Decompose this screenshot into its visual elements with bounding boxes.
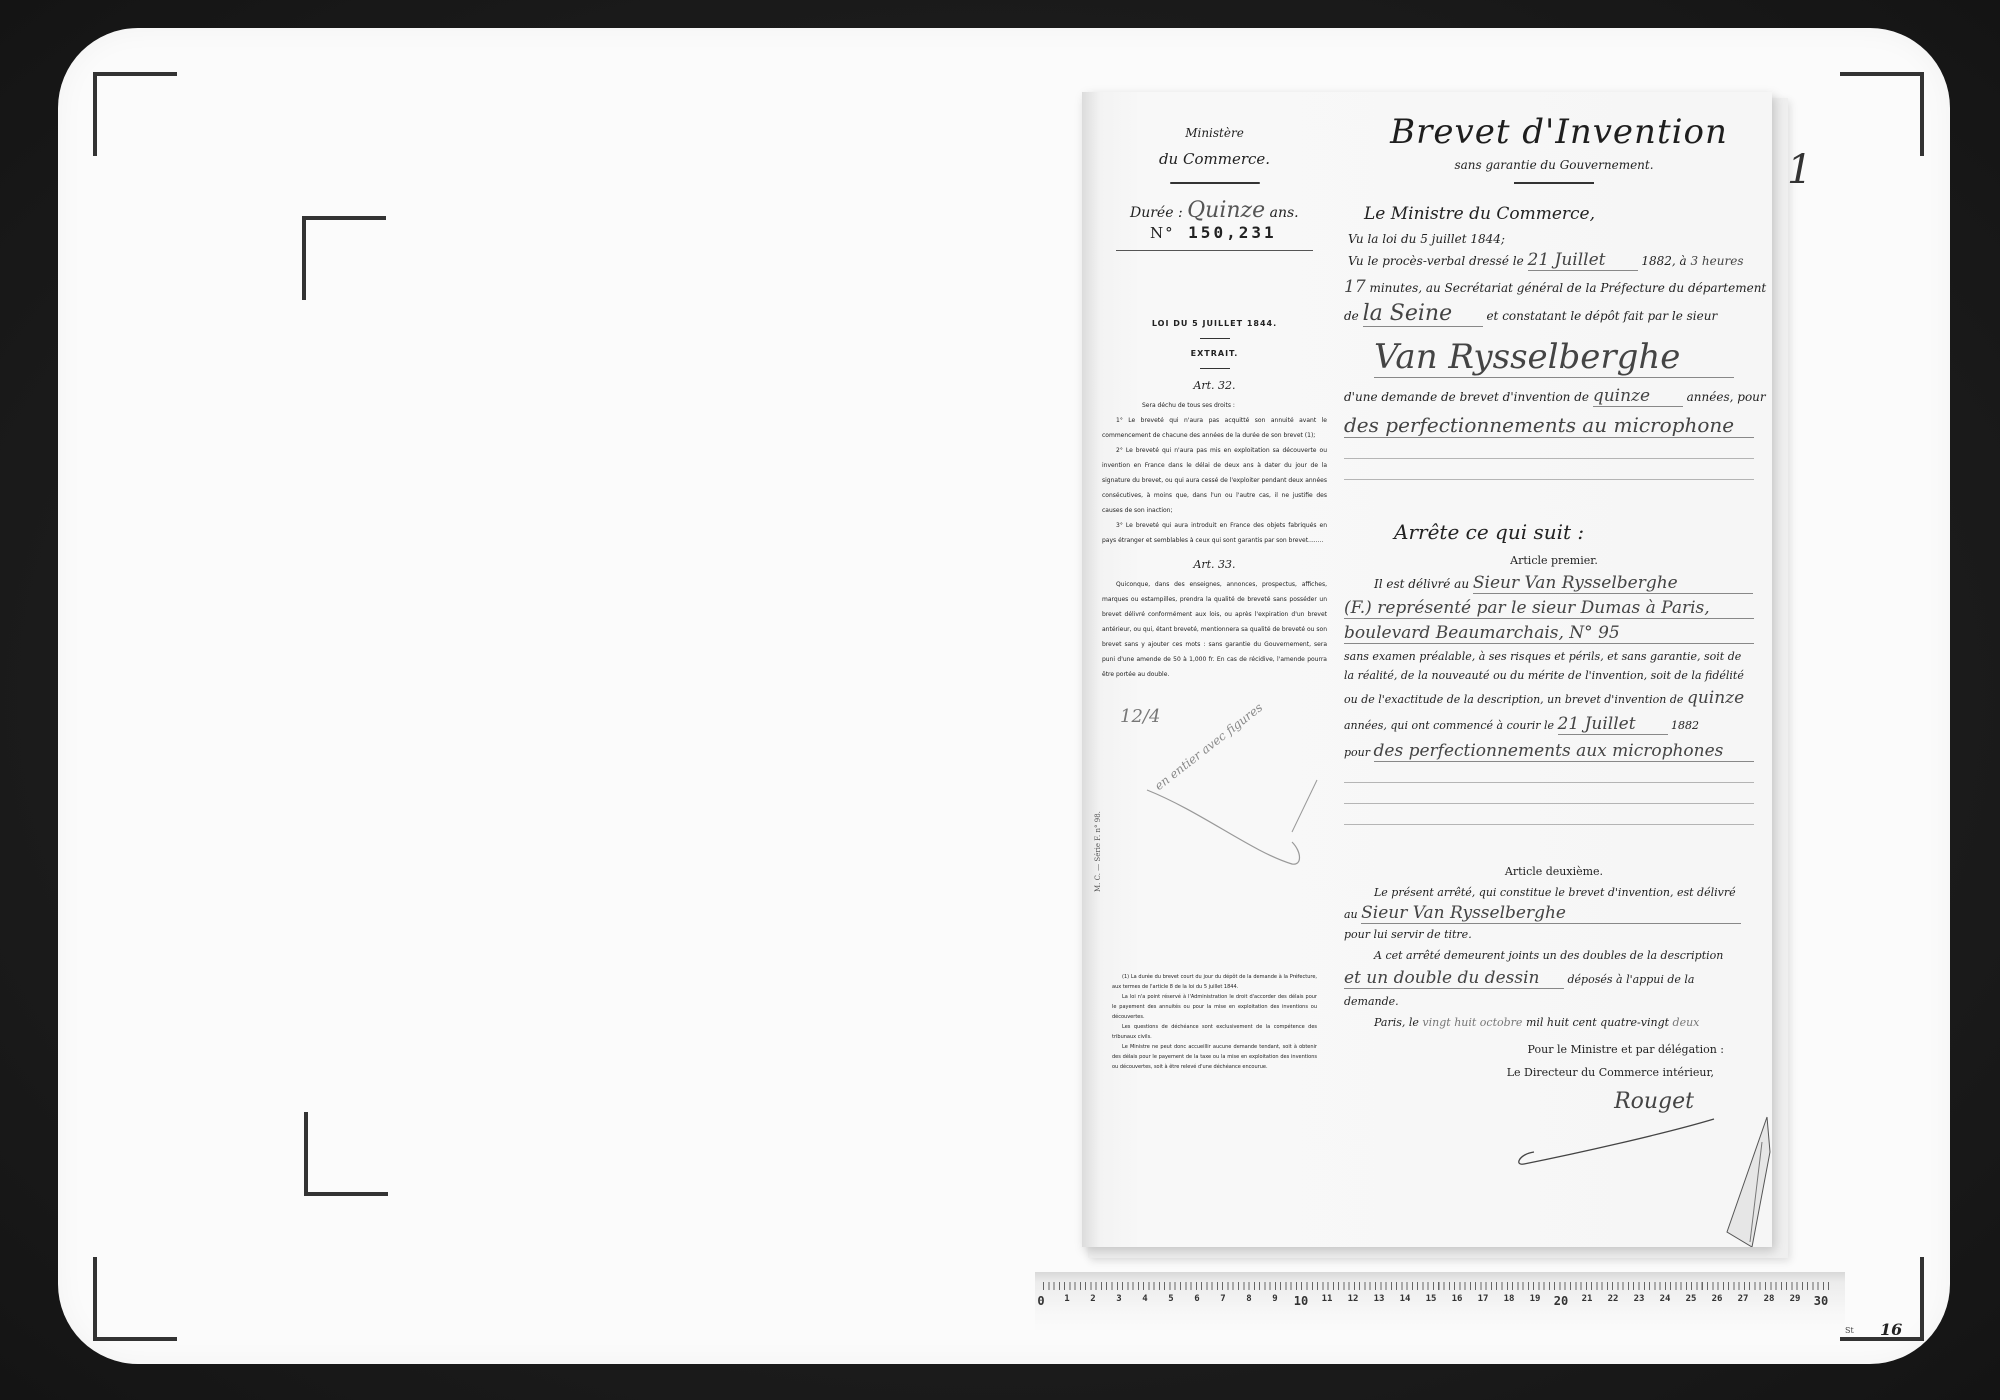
text: 1882, à — [1641, 254, 1686, 268]
ruler-label: 24 — [1660, 1294, 1671, 1304]
ruler-label: 8 — [1246, 1294, 1251, 1304]
ruler-label: 29 — [1790, 1294, 1801, 1304]
numero-value: 150,231 — [1188, 223, 1276, 242]
handwritten-hour: 3 heures — [1690, 254, 1743, 268]
handwritten-grantee: Sieur Van Rysselberghe — [1361, 903, 1741, 924]
art2-line: Le présent arrêté, qui constitue le brev… — [1374, 886, 1764, 899]
duree-field: Durée : Quinze ans. — [1130, 198, 1327, 223]
ministre-line: Le Ministre du Commerce, — [1364, 204, 1764, 224]
text: d'une demande de brevet d'invention de — [1344, 390, 1589, 404]
crop-mark-top-right — [1840, 72, 1924, 156]
handwritten-attachment: et un double du dessin — [1344, 968, 1564, 989]
handwritten-address: boulevard Beaumarchais, N° 95 — [1344, 623, 1754, 644]
art1-line: (F.) représenté par le sieur Dumas à Par… — [1344, 598, 1764, 619]
ruler-label: 5 — [1168, 1294, 1173, 1304]
ruler-label: 20 — [1554, 1294, 1568, 1308]
left-column: Ministère du Commerce. Durée : Quinze an… — [1102, 122, 1327, 682]
pencil-stroke-icon — [1142, 772, 1322, 882]
document-subtitle: sans garantie du Gouvernement. — [1344, 158, 1764, 172]
handwritten-duration: quinze — [1687, 688, 1744, 708]
text: au — [1344, 908, 1358, 921]
handwritten-department: la Seine — [1363, 301, 1483, 327]
art32-para: 3° Le breveté qui aura introduit en Fran… — [1102, 518, 1327, 548]
art32-para: 2° Le breveté qui n'aura pas mis en expl… — [1102, 443, 1327, 518]
directeur-line: Le Directeur du Commerce intérieur, — [1344, 1066, 1714, 1079]
ornament-divider — [1514, 182, 1594, 184]
ornament-divider — [1170, 182, 1260, 184]
art1-line: pour des perfectionnements aux microphon… — [1344, 741, 1764, 762]
ruler-label: 0 — [1037, 1294, 1044, 1308]
text: Vu le procès-verbal dressé le — [1348, 254, 1524, 268]
art2-line: pour lui servir de titre. — [1344, 928, 1764, 941]
ruler-label: 18 — [1504, 1294, 1515, 1304]
archive-code: St — [1845, 1326, 1854, 1335]
footnote: (1) La durée du brevet court du jour du … — [1112, 972, 1317, 992]
art33-text: Quiconque, dans des enseignes, annonces,… — [1102, 577, 1327, 682]
handwritten-duration: quinze — [1593, 386, 1683, 407]
applicant-line: Van Rysselberghe — [1374, 337, 1764, 378]
ruler-label: 13 — [1374, 1294, 1385, 1304]
handwritten-date: vingt huit octobre — [1422, 1016, 1522, 1029]
main-column: Brevet d'Invention sans garantie du Gouv… — [1344, 112, 1764, 1178]
art2-line: demande. — [1344, 995, 1764, 1008]
text: pour — [1344, 746, 1370, 759]
blank-line — [1344, 458, 1754, 459]
measurement-ruler: 0 1 2 3 4 5 6 7 8 9 10 11 12 13 14 15 16… — [1035, 1272, 1845, 1332]
ruler-label: 23 — [1634, 1294, 1645, 1304]
art1-line: Il est délivré au Sieur Van Rysselberghe — [1374, 573, 1764, 594]
object-line: des perfectionnements au microphone — [1344, 413, 1764, 438]
art33-heading: Art. 33. — [1102, 558, 1327, 571]
text: et constatant le dépôt fait par le sieur — [1486, 309, 1717, 323]
footnotes: (1) La durée du brevet court du jour du … — [1112, 972, 1317, 1072]
art2-line: au Sieur Van Rysselberghe — [1344, 903, 1764, 924]
text: de — [1344, 309, 1359, 323]
duree-label: Durée : — [1130, 205, 1183, 221]
art1-line: boulevard Beaumarchais, N° 95 — [1344, 623, 1764, 644]
text: années, pour — [1687, 390, 1766, 404]
archive-frame-number: 16 — [1880, 1320, 1902, 1339]
handwritten-applicant: Van Rysselberghe — [1374, 337, 1734, 378]
footnote: Les questions de déchéance sont exclusiv… — [1112, 1022, 1317, 1042]
text: ou de l'exactitude de la description, un… — [1344, 693, 1683, 706]
ruler-label: 25 — [1686, 1294, 1697, 1304]
crop-mark-top-left — [93, 72, 177, 156]
ruler-label: 2 — [1090, 1294, 1095, 1304]
footnote: Le Ministre ne peut donc accueillir aucu… — [1112, 1042, 1317, 1072]
date-line: Paris, le vingt huit octobre mil huit ce… — [1374, 1016, 1764, 1029]
torn-corner-icon — [1722, 1112, 1772, 1247]
art2-line: A cet arrêté demeurent joints un des dou… — [1374, 949, 1764, 962]
ruler-label: 12 — [1348, 1294, 1359, 1304]
ruler-label: 19 — [1530, 1294, 1541, 1304]
signature: Rouget — [1344, 1089, 1694, 1114]
ruler-label: 6 — [1194, 1294, 1199, 1304]
extrait-heading: EXTRAIT. — [1102, 349, 1327, 358]
ruler-label: 15 — [1426, 1294, 1437, 1304]
art32-heading: Art. 32. — [1102, 379, 1327, 392]
art32-para: 1° Le breveté qui n'aura pas acquitté so… — [1102, 413, 1327, 443]
crop-mark-inner-top-left — [302, 216, 386, 300]
ruler-label: 7 — [1220, 1294, 1225, 1304]
ruler-label: 17 — [1478, 1294, 1489, 1304]
arrete-heading: Arrête ce qui suit : — [1394, 520, 1764, 544]
ruler-label: 10 — [1294, 1294, 1308, 1308]
art1-line: sans examen préalable, à ses risques et … — [1344, 650, 1764, 663]
demande-line: d'une demande de brevet d'invention de q… — [1344, 386, 1764, 407]
article-deuxieme-heading: Article deuxième. — [1344, 865, 1764, 878]
handwritten-year: deux — [1673, 1016, 1700, 1029]
handwritten-object: des perfectionnements au microphone — [1344, 413, 1754, 438]
article-premier-heading: Article premier. — [1344, 554, 1764, 567]
crop-mark-inner-bottom-left — [304, 1112, 388, 1196]
commerce-label: du Commerce. — [1102, 150, 1327, 168]
handwritten-grantee: Sieur Van Rysselberghe — [1473, 573, 1753, 594]
document-title: Brevet d'Invention — [1354, 112, 1764, 152]
text: années, qui ont commencé à courir le — [1344, 719, 1554, 732]
vu-pv-line: Vu le procès-verbal dressé le 21 Juillet… — [1348, 250, 1764, 271]
ruler-label: 22 — [1608, 1294, 1619, 1304]
patent-document: Ministère du Commerce. Durée : Quinze an… — [1082, 92, 1772, 1247]
text: 1882 — [1671, 719, 1699, 732]
art33-para: Quiconque, dans des enseignes, annonces,… — [1102, 577, 1327, 682]
ruler-label: 16 — [1452, 1294, 1463, 1304]
blank-line — [1344, 479, 1754, 480]
pencil-annotation-number: 12/4 — [1120, 707, 1160, 727]
text: déposés à l'appui de la — [1568, 973, 1695, 986]
text: minutes, au Secrétariat général de la Pr… — [1369, 281, 1766, 295]
delegation-line: Pour le Ministre et par délégation : — [1344, 1043, 1724, 1056]
ruler-label: 9 — [1272, 1294, 1277, 1304]
divider — [1200, 338, 1230, 339]
duree-value: Quinze — [1187, 198, 1265, 223]
art1-line: ou de l'exactitude de la description, un… — [1344, 688, 1764, 708]
numero-label: N° — [1150, 224, 1175, 242]
minutes-line: 17 minutes, au Secrétariat général de la… — [1344, 277, 1764, 297]
signature-flourish-icon — [1514, 1114, 1734, 1174]
art1-line: années, qui ont commencé à courir le 21 … — [1344, 714, 1764, 735]
duree-unit: ans. — [1270, 205, 1299, 221]
handwritten-date: 21 Juillet — [1558, 714, 1668, 735]
dept-line: de la Seine et constatant le dépôt fait … — [1344, 301, 1764, 327]
footnote: La loi n'a point réservé à l'Administrat… — [1112, 992, 1317, 1022]
ruler-labels: 0 1 2 3 4 5 6 7 8 9 10 11 12 13 14 15 16… — [1035, 1294, 1845, 1314]
text: mil huit cent quatre-vingt — [1526, 1016, 1669, 1029]
handwritten-date: 21 Juillet — [1528, 250, 1638, 271]
art32-text: Sera déchu de tous ses droits : 1° Le br… — [1102, 398, 1327, 548]
loi-heading: LOI DU 5 JUILLET 1844. — [1102, 319, 1327, 328]
ruler-label: 26 — [1712, 1294, 1723, 1304]
blank-line — [1344, 803, 1754, 804]
ruler-label: 14 — [1400, 1294, 1411, 1304]
text: Il est délivré au — [1374, 577, 1469, 591]
art1-line: la réalité, de la nouveauté ou du mérite… — [1344, 669, 1764, 682]
ruler-label: 3 — [1116, 1294, 1121, 1304]
page-number-mark: 1 — [1787, 147, 1812, 193]
ruler-label: 4 — [1142, 1294, 1147, 1304]
ruler-label: 11 — [1322, 1294, 1333, 1304]
ministere-label: Ministère — [1102, 126, 1327, 140]
art2-line: et un double du dessin déposés à l'appui… — [1344, 968, 1764, 989]
patent-number: N° 150,231 — [1150, 223, 1327, 242]
text: Paris, le — [1374, 1016, 1419, 1029]
art32-para: Sera déchu de tous ses droits : — [1102, 398, 1327, 413]
handwritten-representative: (F.) représenté par le sieur Dumas à Par… — [1344, 598, 1754, 619]
handwritten-minutes: 17 — [1344, 277, 1366, 297]
blank-line — [1344, 824, 1754, 825]
ruler-label: 1 — [1064, 1294, 1069, 1304]
ruler-label: 21 — [1582, 1294, 1593, 1304]
ruler-label: 28 — [1764, 1294, 1775, 1304]
ruler-label: 30 — [1814, 1294, 1828, 1308]
ruler-ticks — [1043, 1282, 1833, 1290]
crop-mark-bottom-left — [93, 1257, 177, 1341]
series-mark: M. C. — Série F. n° 98. — [1094, 811, 1102, 892]
vu-loi-line: Vu la loi du 5 juillet 1844; — [1348, 232, 1764, 246]
blank-line — [1344, 782, 1754, 783]
divider — [1200, 368, 1230, 369]
handwritten-object: des perfectionnements aux microphones — [1374, 741, 1754, 762]
divider — [1116, 250, 1313, 251]
ruler-label: 27 — [1738, 1294, 1749, 1304]
